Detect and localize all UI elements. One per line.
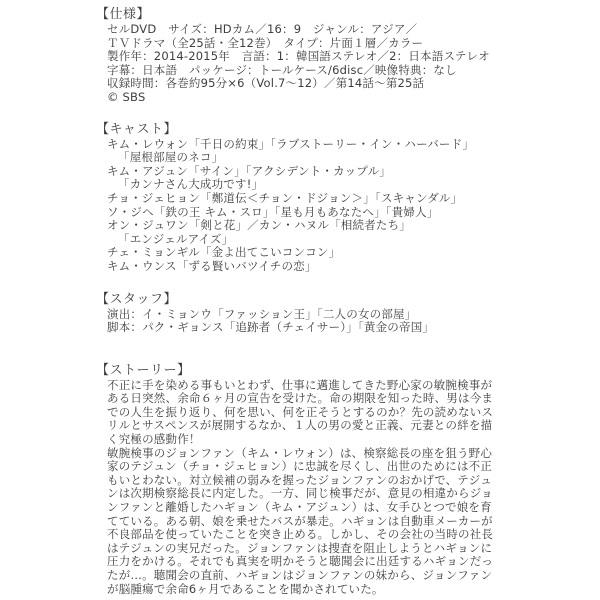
- cast-section: 【キャスト】 キム・レウォン「千日の約束」「ラブストーリー・イン・ハーバード」「…: [0, 122, 600, 274]
- text-line: チョ・ジェヒョン「鄭道伝＜チョン・ドジョン＞」「スキャンダル」: [107, 192, 600, 206]
- text-line: ンは次期検察総長に内定した。一方、同じ検事だが、意見の相違からジョ: [107, 487, 600, 501]
- text-line: ンファンと離婚したハギョン（キム・アジュン）は、女手ひとつで娘を育: [107, 501, 600, 515]
- text-line: での人生を振り返り、何を思い、何を正そうとするのか？先の読めないス: [107, 406, 600, 420]
- text-line: く究極の感動作！: [107, 433, 600, 447]
- text-line: てている。ある朝、娘を乗せたバスが暴走。ハギョンは自動車メーカーが: [107, 515, 600, 529]
- text-line: 「エンジェルアイズ」: [107, 233, 600, 247]
- cast-section-body: キム・レウォン「千日の約束」「ラブストーリー・イン・ハーバード」「屋根部屋のネコ…: [0, 138, 600, 274]
- text-line: 「屋根部屋のネコ」: [107, 151, 600, 165]
- text-line: 脚本：パク・ギョンス「追跡者（チェイサー）」「黄金の帝国」: [107, 321, 600, 335]
- text-line: 家のテジュン（チョ・ジェヒョン）に忠誠を尽くし、出世のためには不正: [107, 460, 600, 474]
- text-line: 敏腕検事のジョンファン（キム・レウォン）は、検察総長の座を狙う野心: [107, 447, 600, 461]
- cast-section-title: 【キャスト】: [0, 122, 600, 138]
- text-line: ソ・ジヘ「鉄の王 キム・スロ」「星も月もあなたへ」「貴婦人」: [107, 206, 600, 220]
- text-line: もいとわない。対立候補の弱みを握ったジョンファンのおかげで、テジュ: [107, 474, 600, 488]
- staff-section: 【スタッフ】 演出：イ・ミョンウ「ファッション王」「二人の女の部屋」脚本：パク・…: [0, 292, 600, 335]
- text-line: キム・ウンス「ずる賢いバツイチの恋」: [107, 260, 600, 274]
- spec-section-title: 【仕様】: [0, 7, 600, 23]
- text-line: 「カンナさん大成功です!」: [107, 178, 600, 192]
- text-line: © SBS: [107, 91, 600, 105]
- text-line: キム・レウォン「千日の約束」「ラブストーリー・イン・ハーバード」: [107, 138, 600, 152]
- text-line: 字幕：日本語 パッケージ：トールケース/6disc／映像特典：なし: [107, 64, 600, 78]
- product-description-page: 【仕様】 セルDVD サイズ：HDカム／16：9 ジャンル：アジア／ＴＶドラマ（…: [0, 0, 600, 600]
- staff-section-body: 演出：イ・ミョンウ「ファッション王」「二人の女の部屋」脚本：パク・ギョンス「追跡…: [0, 308, 600, 335]
- text-line: ＴＶドラマ（全25話・全12巻） タイプ：片面１層／カラー: [107, 37, 600, 51]
- staff-section-title: 【スタッフ】: [0, 292, 600, 308]
- text-line: 圧力をかける。それでも真実を明かそうと聴聞会に出廷するハギョンだっ: [107, 555, 600, 569]
- spec-section: 【仕様】 セルDVD サイズ：HDカム／16：9 ジャンル：アジア／ＴＶドラマ（…: [0, 7, 600, 105]
- spec-section-body: セルDVD サイズ：HDカム／16：9 ジャンル：アジア／ＴＶドラマ（全25話・…: [0, 23, 600, 105]
- text-line: オン・ジュワン「剣と花」／カン・ハヌル「相続者たち」: [107, 219, 600, 233]
- text-line: 不良部品を使っていたことを突き止める。しかし、その会社の当時の社長: [107, 528, 600, 542]
- text-line: 演出：イ・ミョンウ「ファッション王」「二人の女の部屋」: [107, 308, 600, 322]
- text-line: 不正に手を染める事もいとわず、仕事に邁進してきた野心家の敏腕検事が: [107, 379, 600, 393]
- text-line: キム・アジュン「サイン」「アクシデント・カップル」: [107, 165, 600, 179]
- text-line: チェ・ミョンギル「金よ出てこいコンコン」: [107, 246, 600, 260]
- text-line: が脳腫瘍で余命6ヶ月であることを聞かされていた。: [107, 583, 600, 597]
- text-line: リルとサスペンスが展開するなか、１人の男の愛と正義、元妻との絆を描: [107, 419, 600, 433]
- text-line: セルDVD サイズ：HDカム／16：9 ジャンル：アジア／: [107, 23, 600, 37]
- story-section: 【ストーリー】 不正に手を染める事もいとわず、仕事に邁進してきた野心家の敏腕検事…: [0, 363, 600, 597]
- text-line: ある日突然、余命６ヶ月の宣告を受けた。命の期限を知った時、男は今ま: [107, 392, 600, 406]
- text-line: はテジュンの実兄だった。ジョンファンは捜査を阻止しようとハギョンに: [107, 542, 600, 556]
- text-line: 製作年：2014-2015年 言語：1：韓国語ステレオ／2：日本語ステレオ: [107, 50, 600, 64]
- story-section-body: 不正に手を染める事もいとわず、仕事に邁進してきた野心家の敏腕検事がある日突然、余…: [0, 379, 600, 597]
- story-section-title: 【ストーリー】: [0, 363, 600, 379]
- text-line: たが…。聴聞会の直前、ハギョンはジョンファンの妹から、ジョンファン: [107, 569, 600, 583]
- text-line: 収録時間：各巻約95分×6（Vol.7～12）／第14話～第25話: [107, 77, 600, 91]
